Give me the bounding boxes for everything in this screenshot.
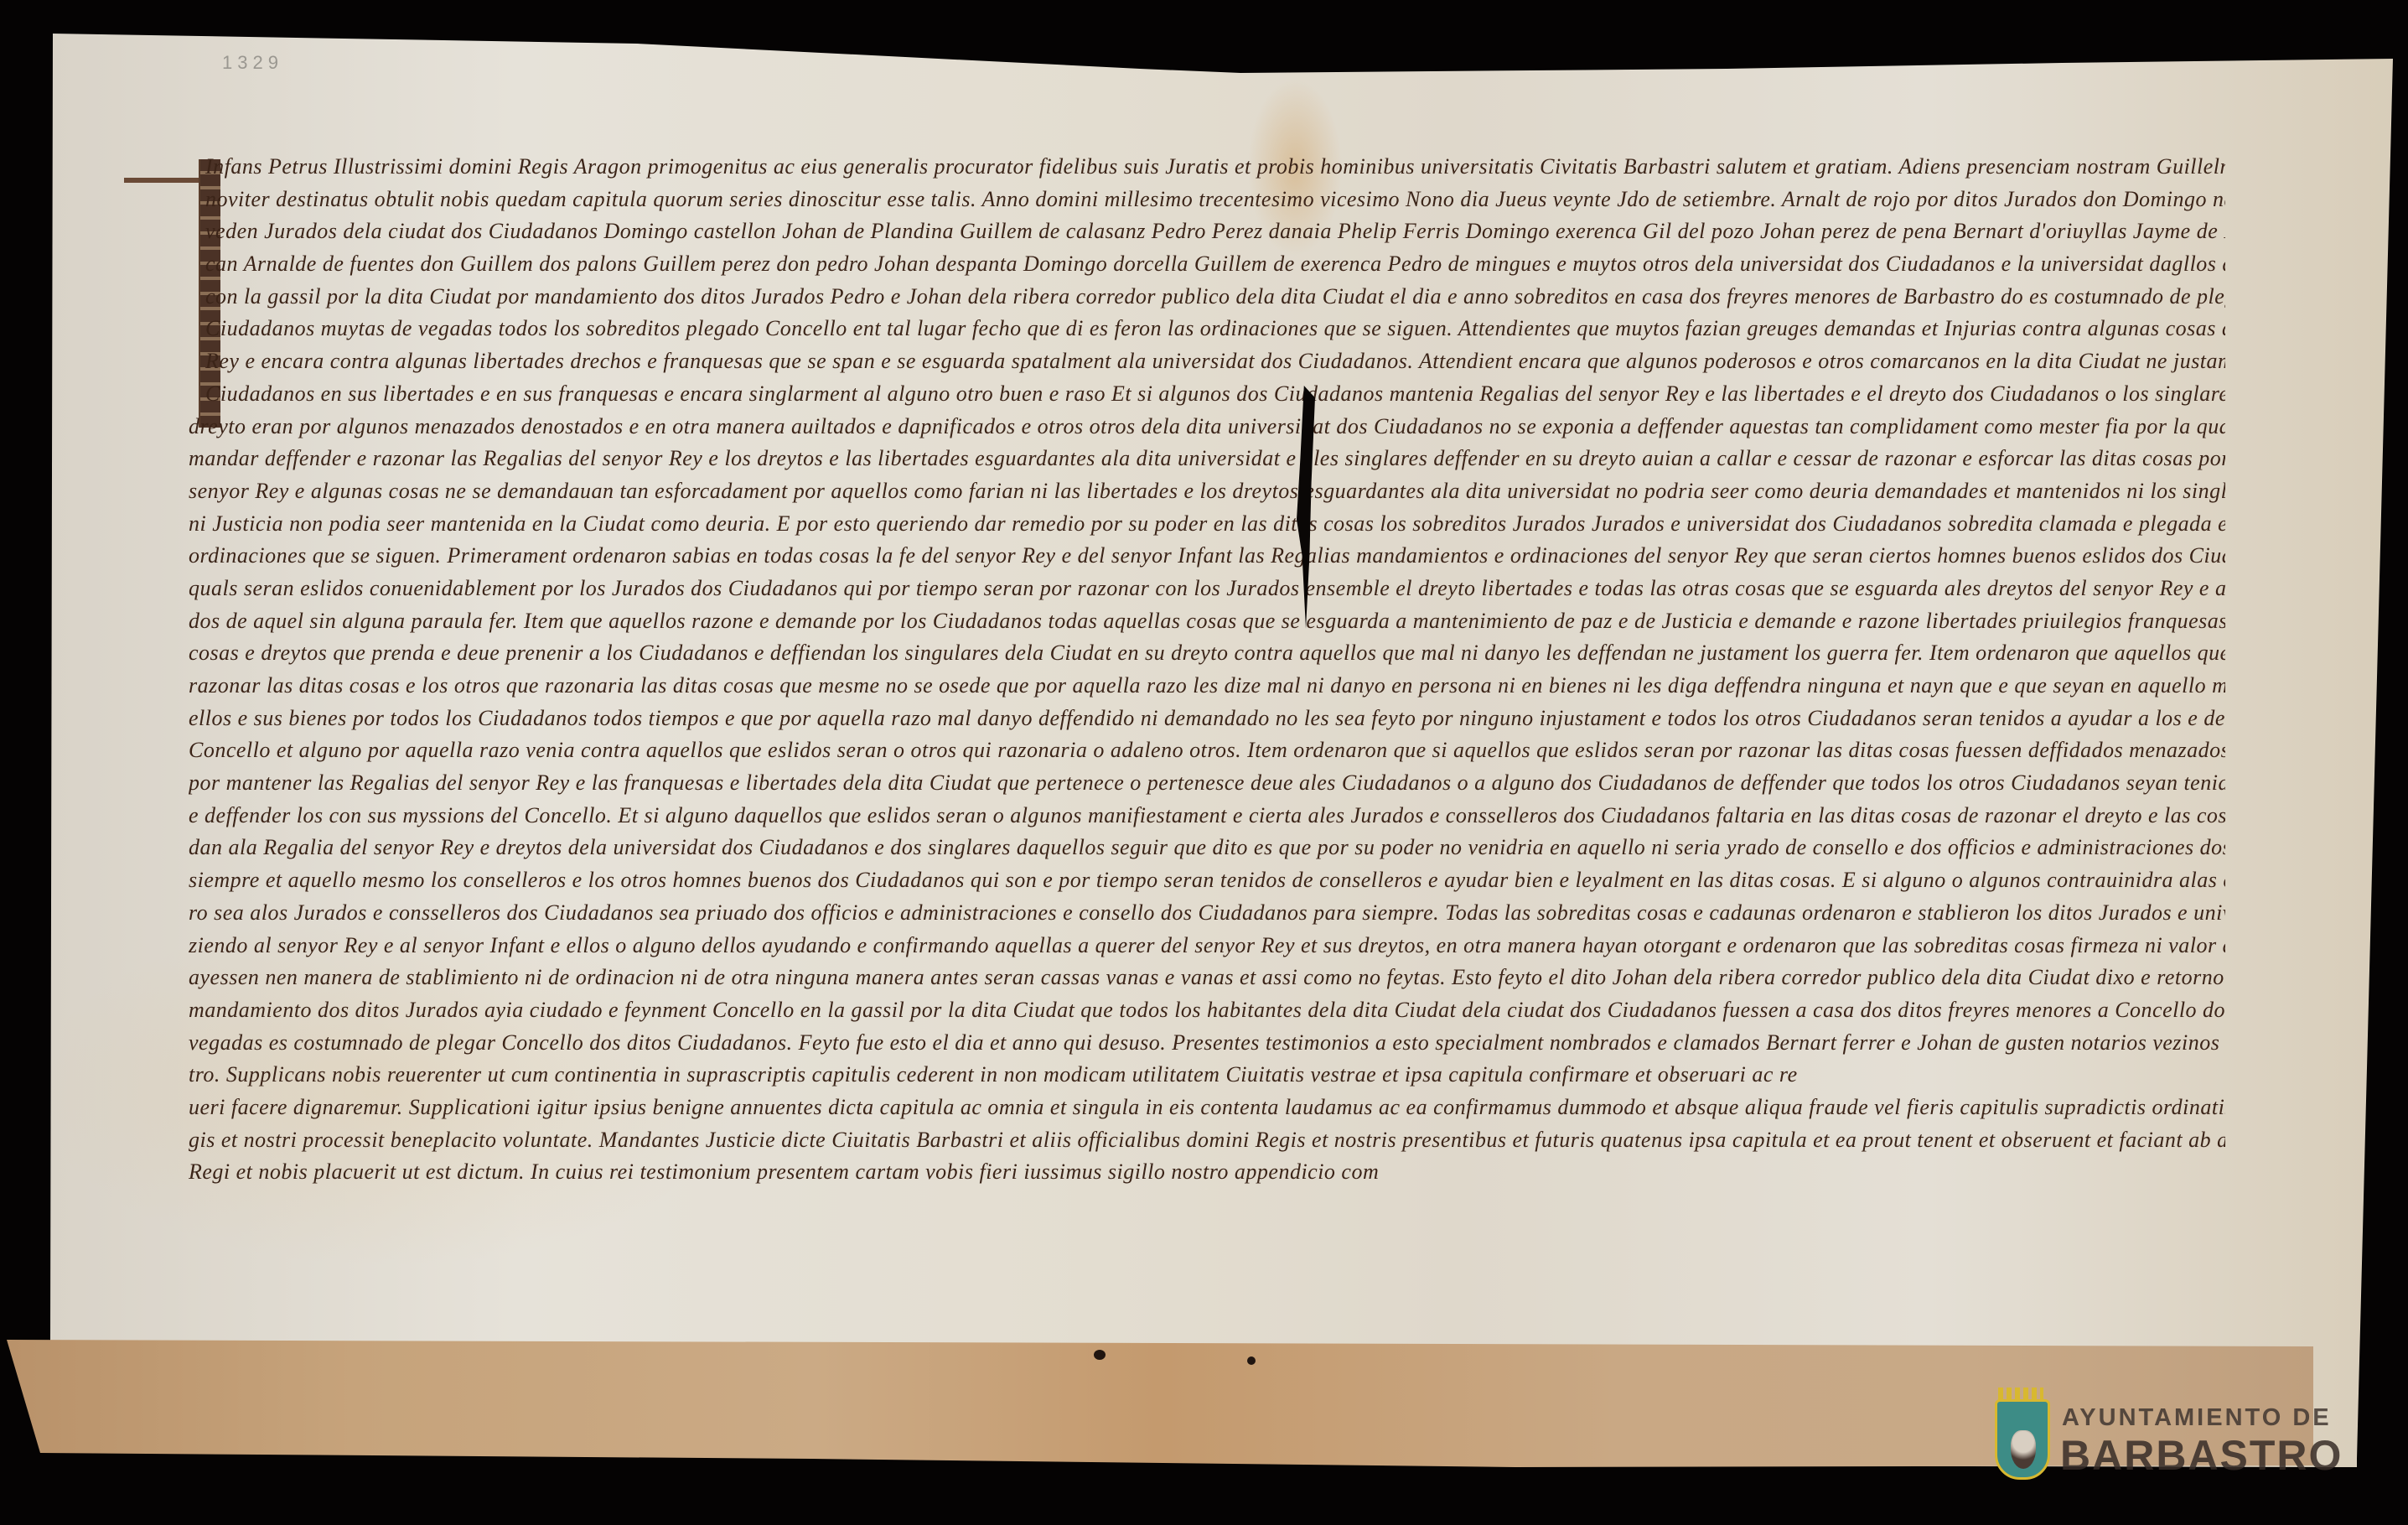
watermark-line-1: AYUNTAMIENTO DE bbox=[2062, 1404, 2332, 1432]
text-line: gis et nostri processit beneplacito volu… bbox=[189, 1124, 2225, 1157]
text-line: ziendo al senyor Rey e al senyor Infant … bbox=[189, 930, 2225, 962]
text-line: Ciudadanos muytas de vegadas todos los s… bbox=[189, 313, 2225, 345]
folded-plica bbox=[7, 1340, 2313, 1467]
parchment-hole bbox=[1094, 1350, 1106, 1360]
text-line: Ciudadanos en sus libertades e en sus fr… bbox=[189, 378, 2225, 411]
text-line: ellos e sus bienes por todos los Ciudada… bbox=[189, 703, 2225, 735]
text-line: Rey e encara contra algunas libertades d… bbox=[189, 345, 2225, 378]
parchment-hole bbox=[1247, 1356, 1256, 1365]
text-line: cosas e dreytos que prenda e deue prenen… bbox=[189, 637, 2225, 670]
text-line: e deffender los con sus myssions del Con… bbox=[189, 800, 2225, 833]
text-line: ni Justicia non podia seer mantenida en … bbox=[189, 508, 2225, 541]
text-line: razonar las ditas cosas e los otros que … bbox=[189, 670, 2225, 703]
text-line: senyor Rey e algunas cosas ne se demanda… bbox=[189, 475, 2225, 508]
text-line: ro sea alos Jurados e consselleros dos C… bbox=[189, 897, 2225, 930]
text-line: noviter destinatus obtulit nobis quedam … bbox=[189, 184, 2225, 216]
text-line: mandamiento dos ditos Jurados ayia ciuda… bbox=[189, 994, 2225, 1027]
bearded-head-icon bbox=[2011, 1430, 2036, 1469]
text-line: con la gassil por la dita Ciudat por man… bbox=[189, 281, 2225, 314]
coat-of-arms-icon bbox=[1995, 1399, 2050, 1480]
charter-text: Infans Petrus Illustrissimi domini Regis… bbox=[189, 151, 2225, 1189]
text-line: Concello et alguno por aquella razo veni… bbox=[189, 734, 2225, 767]
ayuntamiento-barbastro-watermark: AYUNTAMIENTO DE BARBASTRO bbox=[1995, 1388, 2408, 1505]
text-line: por mantener las Regalias del senyor Rey… bbox=[189, 767, 2225, 800]
text-line: vegadas es costumnado de plegar Concello… bbox=[189, 1027, 2225, 1060]
text-line: veden Jurados dela ciudat dos Ciudadanos… bbox=[189, 215, 2225, 248]
text-line: siempre et aquello mesmo los conselleros… bbox=[189, 864, 2225, 897]
text-line: Infans Petrus Illustrissimi domini Regis… bbox=[189, 151, 2225, 184]
text-line: ayessen nen manera de stablimiento ni de… bbox=[189, 962, 2225, 994]
text-line: mandar deffender e razonar las Regalias … bbox=[189, 443, 2225, 475]
text-line: ordinaciones que se siguen. Primerament … bbox=[189, 540, 2225, 573]
text-line: Regi et nobis placuerit ut est dictum. I… bbox=[189, 1156, 1379, 1189]
text-line: quals seran eslidos conuenidablement por… bbox=[189, 573, 2225, 605]
text-line: can Arnalde de fuentes don Guillem dos p… bbox=[189, 248, 2225, 281]
text-line: dreyto eran por algunos menazados denost… bbox=[189, 411, 2225, 443]
text-line: dan ala Regalia del senyor Rey e dreytos… bbox=[189, 832, 2225, 864]
archive-number: 1329 bbox=[222, 52, 283, 74]
text-line: tro. Supplicans nobis reuerenter ut cum … bbox=[189, 1059, 2225, 1092]
text-line: ueri facere dignaremur. Supplicationi ig… bbox=[189, 1092, 2225, 1124]
text-line: dos de aquel sin alguna paraula fer. Ite… bbox=[189, 605, 2225, 638]
watermark-line-2: BARBASTRO bbox=[2060, 1431, 2343, 1480]
